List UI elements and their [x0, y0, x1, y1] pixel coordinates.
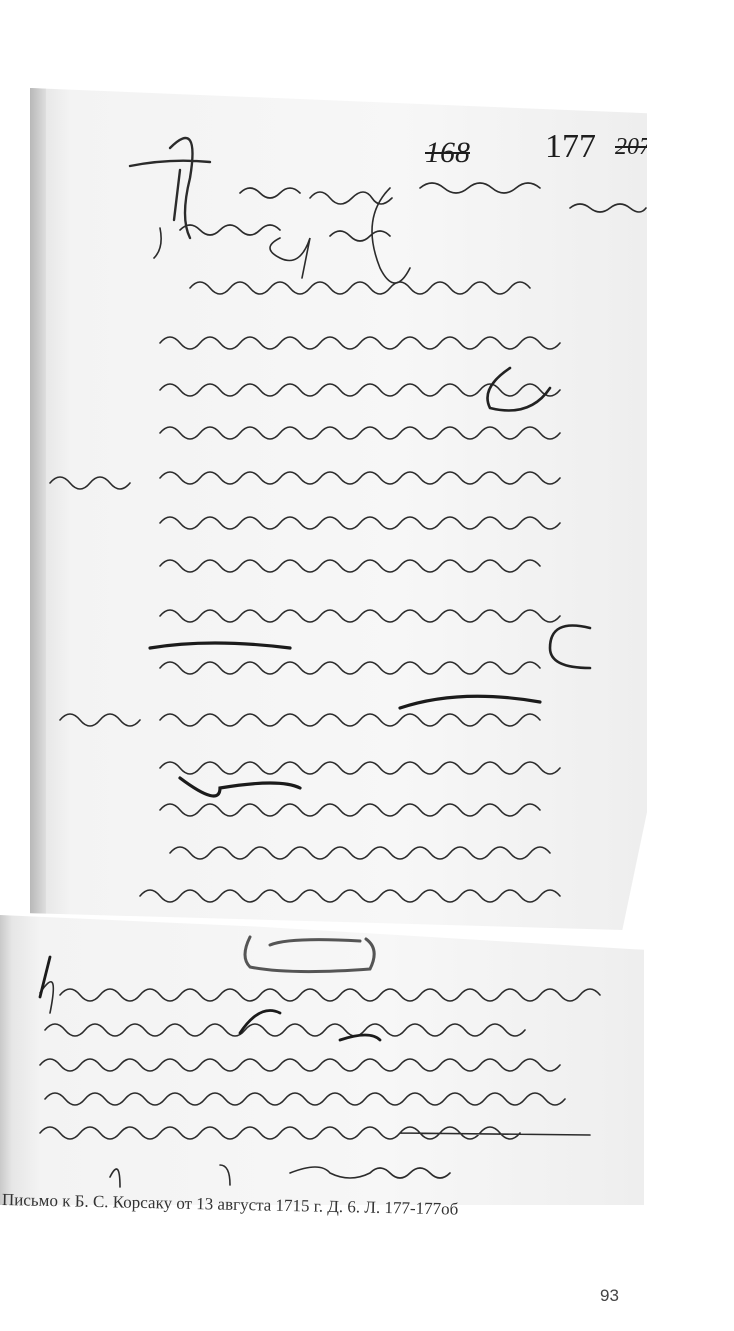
- handwriting-recto: [30, 88, 647, 930]
- manuscript-photo-verso: [0, 915, 644, 1205]
- handwriting-verso: [0, 915, 644, 1205]
- page-number: 93: [600, 1286, 619, 1306]
- manuscript-photo-recto: 168 177 207: [30, 88, 647, 930]
